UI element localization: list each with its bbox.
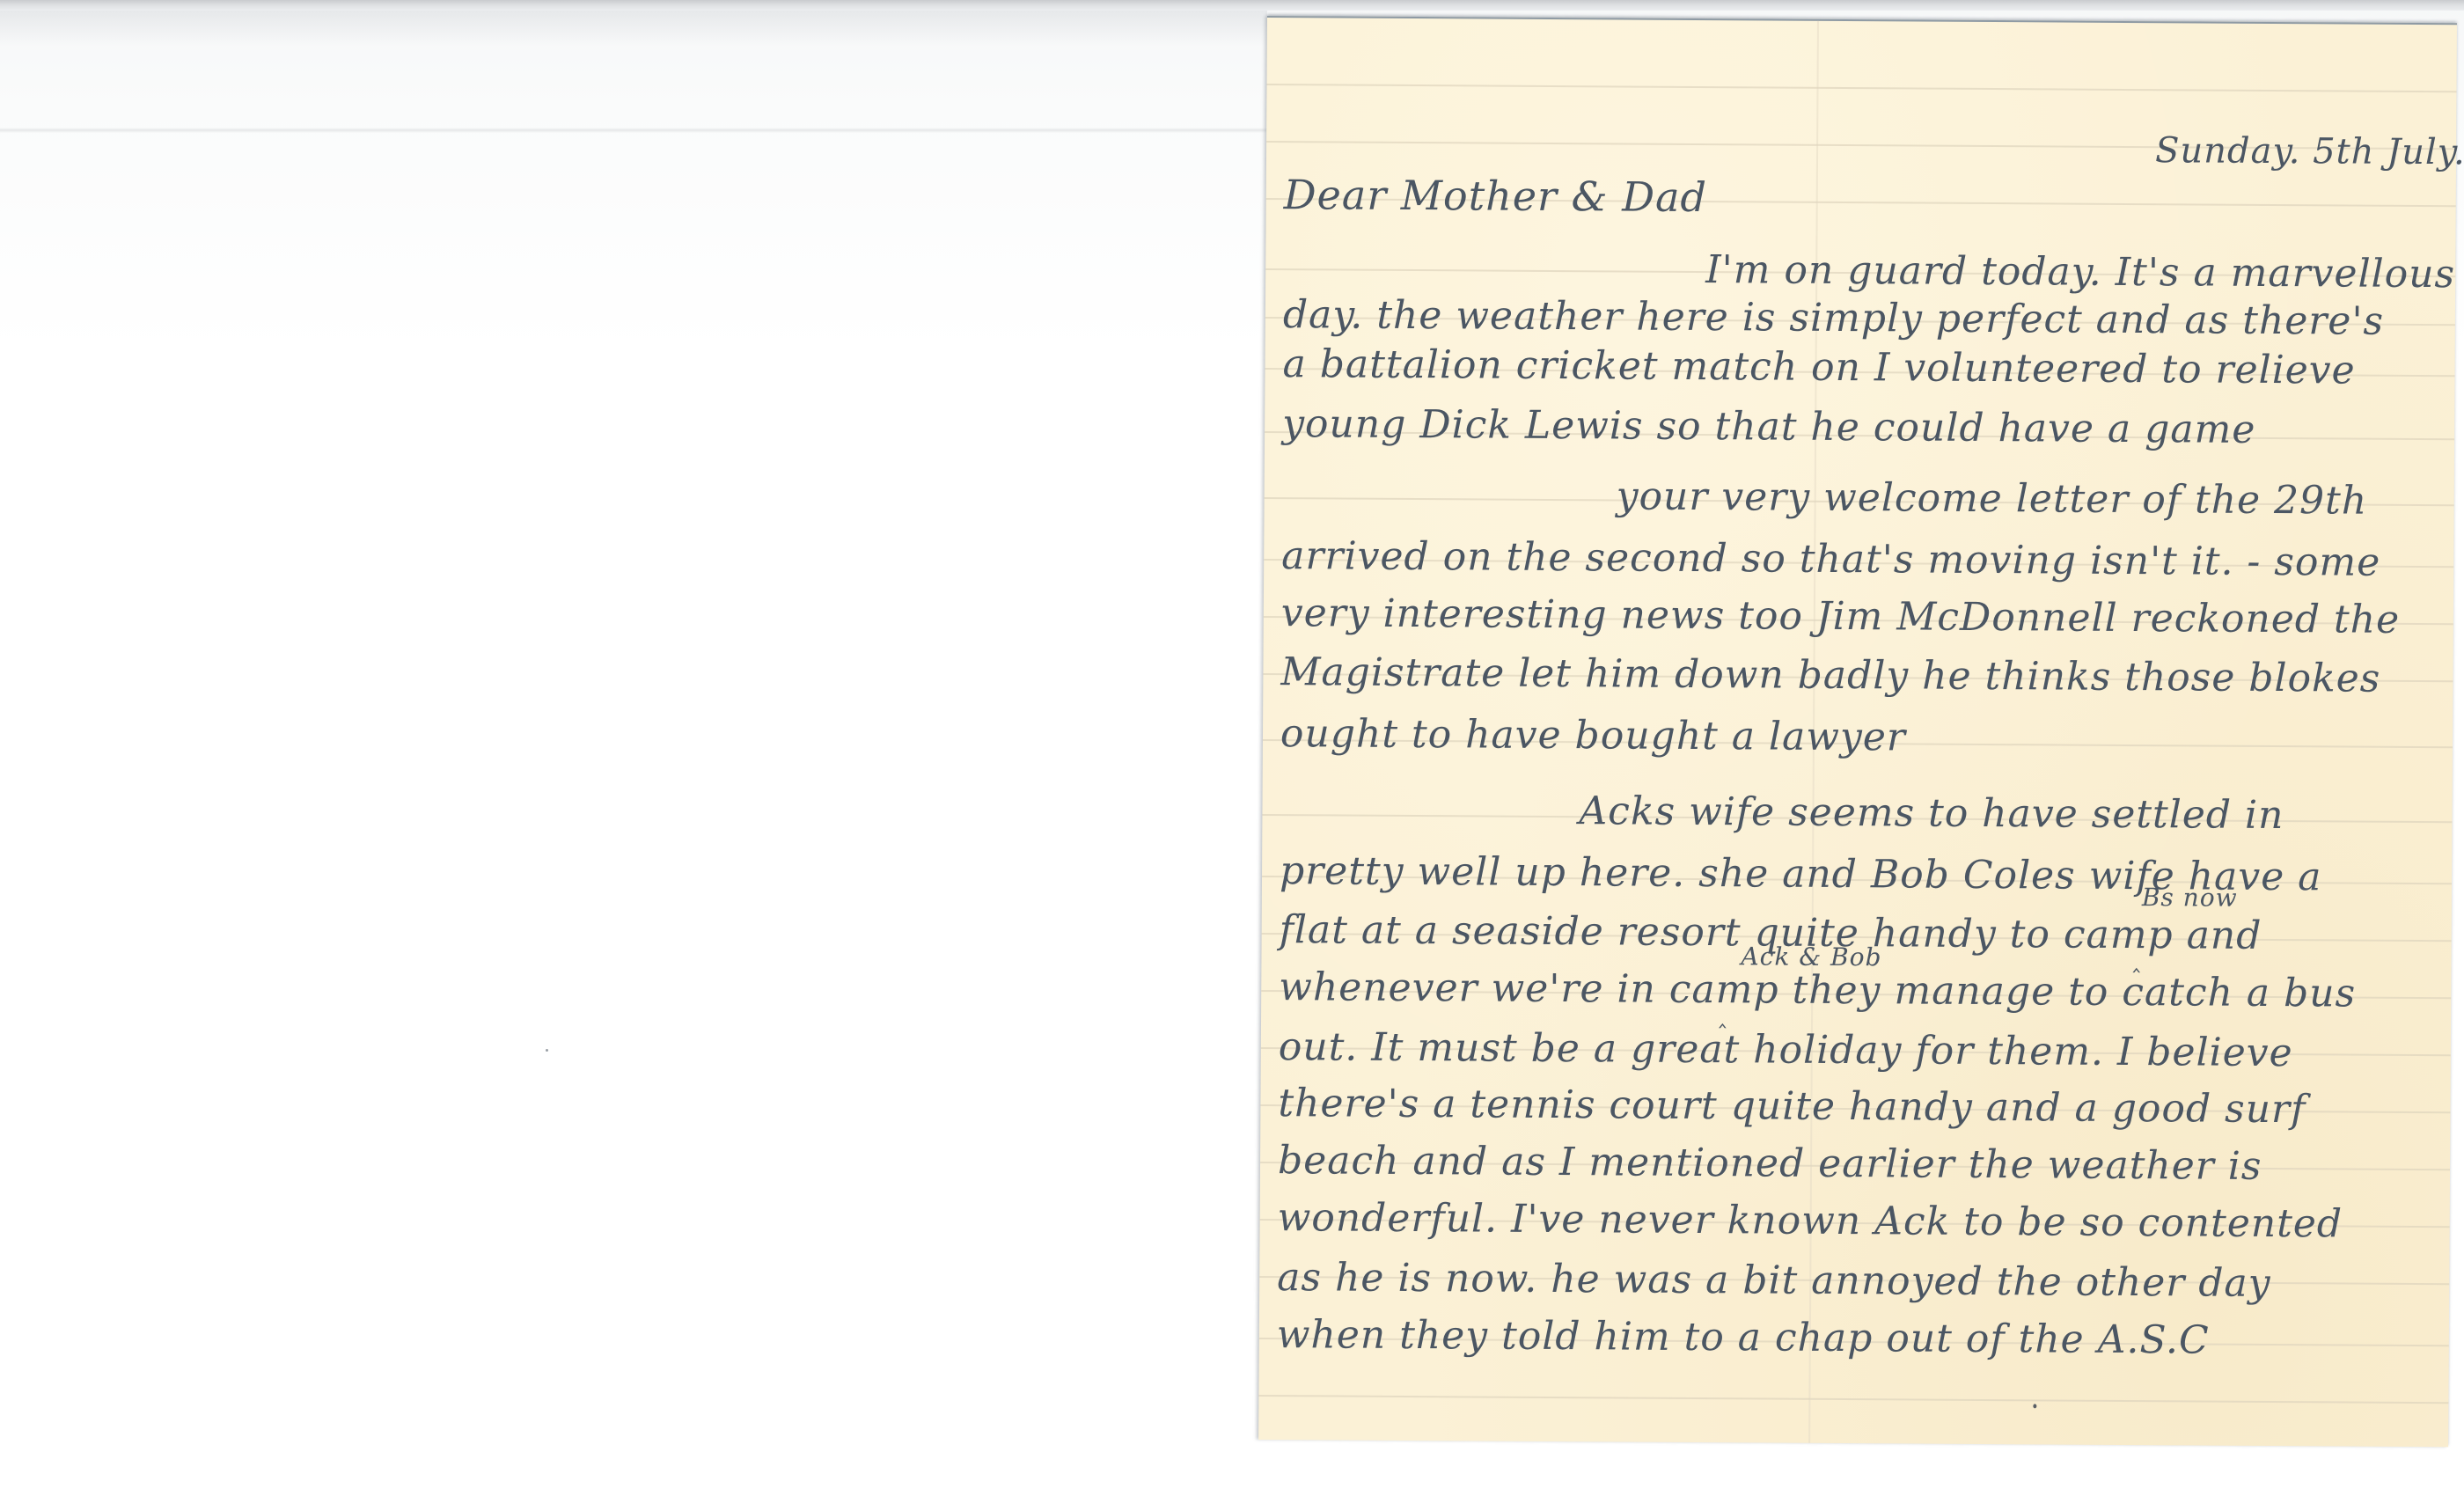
letter-line: young Dick Lewis so that he could have a… <box>1282 405 2255 450</box>
letter-insertion: Ack & Bob <box>1741 944 1881 970</box>
scanner-shadow <box>0 11 1267 46</box>
letter-line: day. the weather here is simply perfect … <box>1283 296 2384 341</box>
letter-line: your very welcome letter of the 29th <box>1617 477 2368 520</box>
letter-line: Magistrate let him down badly he thinks … <box>1280 653 2380 699</box>
letter-line: beach and as I mentioned earlier the wea… <box>1278 1141 2262 1186</box>
dust-speck <box>546 1049 548 1052</box>
letter-line: a battalion cricket match on I volunteer… <box>1282 345 2355 390</box>
letter-line: out. It must be a great holiday for them… <box>1279 1028 2293 1073</box>
letter-line: I'm on guard today. It's a marvellous <box>1705 251 2455 294</box>
letter-line: there's a tennis court quite handy and a… <box>1278 1084 2306 1129</box>
letter-insertion: Bs now <box>2142 885 2238 911</box>
letter-line: very interesting news too Jim McDonnell … <box>1281 594 2400 640</box>
ruled-line <box>1267 84 2457 92</box>
ink-speck <box>2033 1404 2036 1408</box>
letter-salutation: Dear Mother & Dad <box>1284 174 1707 217</box>
letter-line: when they told him to a chap out of the … <box>1277 1316 2210 1360</box>
letter-date: Sunday. 5th July. <box>2155 133 2464 170</box>
scanned-page: Sunday. 5th July. Dear Mother & Dad I'm … <box>0 0 2464 1496</box>
letter-paper: Sunday. 5th July. Dear Mother & Dad I'm … <box>1258 16 2457 1447</box>
letter-line: ought to have bought a lawyer <box>1280 715 1906 757</box>
letter-line: arrived on the second so that's moving i… <box>1281 537 2380 583</box>
background-crease <box>0 128 1267 133</box>
letter-line: as he is now. he was a bit annoyed the o… <box>1277 1258 2271 1303</box>
letter-line: wonderful. I've never known Ack to be so… <box>1278 1199 2343 1243</box>
letter-line: whenever we're in camp they manage to ca… <box>1279 968 2356 1013</box>
ruled-line <box>1258 1395 2448 1404</box>
scanner-top-edge <box>0 0 2464 11</box>
letter-line: Acks wife seems to have settled in <box>1579 792 2284 835</box>
